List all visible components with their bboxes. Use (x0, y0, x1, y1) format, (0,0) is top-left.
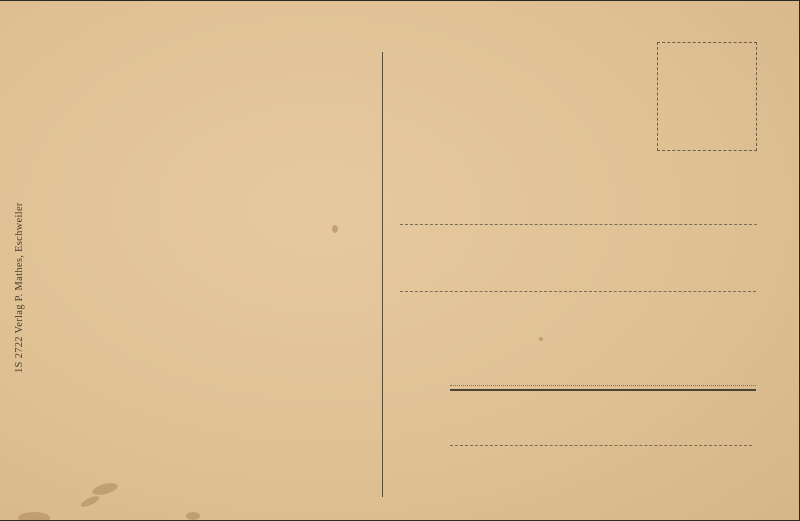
stain-mark (332, 225, 338, 233)
stamp-placement-box (657, 42, 757, 151)
address-line-1 (400, 224, 757, 225)
postcard-back: 1S 2722 Verlag P. Mathes, Eschweiler (0, 1, 799, 520)
stain-mark (539, 337, 543, 341)
stain-mark (79, 494, 100, 509)
stain-mark (91, 481, 119, 497)
stain-mark (18, 512, 50, 520)
address-line-4 (450, 445, 752, 446)
center-divider-line (382, 52, 383, 497)
publisher-imprint: 1S 2722 Verlag P. Mathes, Eschweiler (14, 202, 25, 373)
address-line-3-dotted (450, 385, 756, 386)
stain-mark (186, 512, 200, 520)
address-line-2 (400, 291, 756, 292)
address-line-3-solid (450, 389, 756, 391)
